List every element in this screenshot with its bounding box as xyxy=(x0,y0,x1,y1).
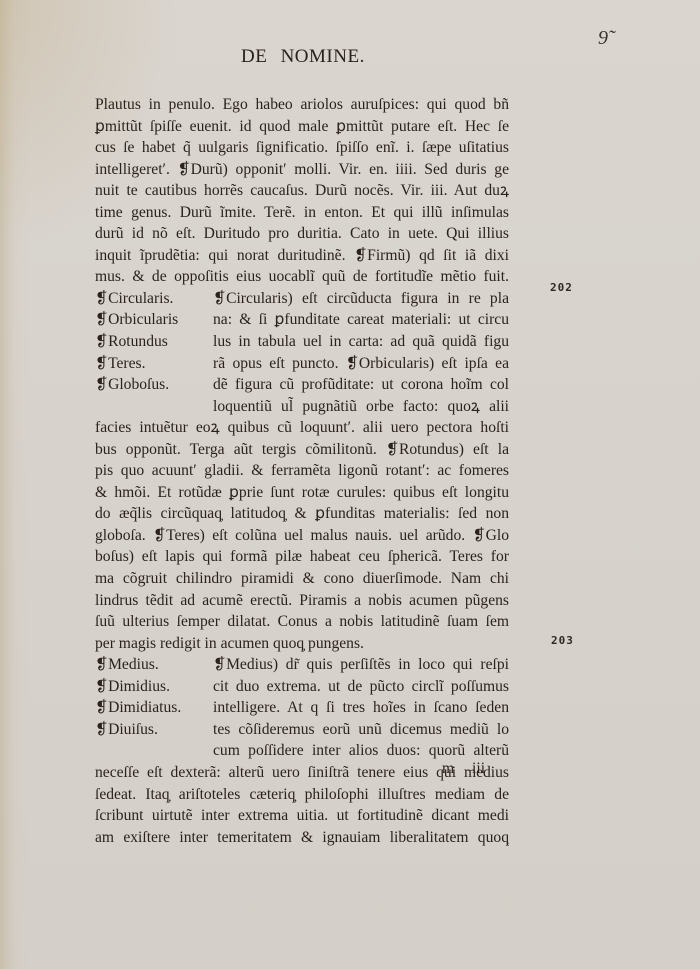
text-line: time genus. Durũ ĩmite. Terẽ. in ento… xyxy=(95,202,509,224)
gloss-line: loquentiũ ul̃ pugnãtiũ orbe facto: qu… xyxy=(95,396,509,418)
text-line: tes cõſideremus eorũ unũ dicemus medi… xyxy=(213,719,509,741)
text-line: do æq̃lis circũquaq̦ latitudoq̦ & ꝑfund… xyxy=(95,503,509,525)
running-head: DE NOMINE. xyxy=(241,46,365,68)
text-line: bus opponũt. Terga aũt tergis cõmilit… xyxy=(95,439,509,461)
text-line: mus. & de oppoſitis eius uocablĩ quũ de… xyxy=(95,266,509,288)
text-line: am exiſtere inter temeritatem & ignauiam… xyxy=(95,827,509,849)
text-line: ſcribunt uirtutẽ inter extrema uitia. u… xyxy=(95,805,509,827)
text-line: intelligeret′. ❡Durũ) opponit′ molli. V… xyxy=(95,159,509,181)
gloss-line: ❡Rotundus lus in tabula uel in carta: ad… xyxy=(95,331,509,353)
text-line: cus ſe habet q̃ uulgaris ſignificatio. ſ… xyxy=(95,137,509,159)
gloss-line: ❡Teres. rã opus eſt puncto. ❡Orbiculari… xyxy=(95,353,509,375)
headword-rotundus: ❡Rotundus xyxy=(95,331,213,353)
margin-note-203: 203 xyxy=(551,634,574,647)
text-line: na: & ſi ꝑfunditate careat materiali: ut… xyxy=(213,309,509,331)
text-line: boſus) eſt lapis qui formã pilæ habeat … xyxy=(95,546,509,568)
text-line: nuit te cautibus horrẽs caucaſus. Durũ… xyxy=(95,180,509,202)
text-line: facies intuẽtur eoꝝ quibus cũ loquunt′… xyxy=(95,417,509,439)
gloss-line: ❡Dimidius. cit duo extrema. ut de pũcto… xyxy=(95,676,509,698)
text-line: & hmõi. Et rotũdæ ꝑprie ſunt rotæ curu… xyxy=(95,482,509,504)
headword-orbicularis: ❡Orbicularis xyxy=(95,309,213,331)
gloss-line: ❡Circularis. ❡Circularis) eſt circũduct… xyxy=(95,288,509,310)
headword-globosus: ❡Globoſus. xyxy=(95,374,213,396)
text-line: loquentiũ ul̃ pugnãtiũ orbe facto: qu… xyxy=(213,396,509,418)
text-line: pis quo acuunt′ gladii. & ferramẽta lig… xyxy=(95,460,509,482)
text-line: rã opus eſt puncto. ❡Orbicularis) eſt i… xyxy=(213,353,509,375)
text-line: cum poſſidere inter alios duos: quorũ a… xyxy=(213,740,509,762)
manuscript-folio-number: 9̃ xyxy=(598,27,608,50)
book-page: DE NOMINE. 9̃ Plautus in penulo. Ego hab… xyxy=(0,0,700,969)
text-line: ❡Medius) dr̃ quis perſiſtẽs in loco qui… xyxy=(213,654,509,676)
text-line: cit duo extrema. ut de pũcto circlĩ poſ… xyxy=(213,676,509,698)
margin-note-202: 202 xyxy=(550,281,573,294)
text-line: durũ id nõ eſt. Duritudo pro duritia. … xyxy=(95,223,509,245)
text-line: intelligere. At q ſi tres hoĩes in ſcan… xyxy=(213,697,509,719)
headword-circularis: ❡Circularis. xyxy=(95,288,213,310)
text-block: Plautus in penulo. Ego habeo ariolos aur… xyxy=(95,94,509,848)
text-line: dẽ figura cũ profũditate: ut corona h… xyxy=(213,374,509,396)
headword-diuisus: ❡Diuiſus. xyxy=(95,719,213,741)
gloss-line: ❡Globoſus. dẽ figura cũ profũditate: … xyxy=(95,374,509,396)
headword-dimidius: ❡Dimidius. xyxy=(95,676,213,698)
headword-teres: ❡Teres. xyxy=(95,353,213,375)
headword-dimidiatus: ❡Dimidiatus. xyxy=(95,697,213,719)
gloss-line: ❡Orbicularis na: & ſi ꝑfunditate careat … xyxy=(95,309,509,331)
quire-signature: m iii xyxy=(442,760,485,778)
text-line: lus in tabula uel in carta: ad quã quid… xyxy=(213,331,509,353)
text-line: Plautus in penulo. Ego habeo ariolos aur… xyxy=(95,94,509,116)
gloss-line: ❡Dimidiatus. intelligere. At q ſi tres h… xyxy=(95,697,509,719)
text-line: ❡Circularis) eſt circũducta figura in r… xyxy=(213,288,509,310)
headword-empty xyxy=(95,396,213,418)
text-line: ſuũ ulterius ſemper dilatat. Conus a no… xyxy=(95,611,509,633)
text-line: ꝑmittũt ſpiſſe euenit. id quod male ꝑmi… xyxy=(95,116,509,138)
gloss-line: ❡Diuiſus. tes cõſideremus eorũ unũ di… xyxy=(95,719,509,741)
text-line: ſedeat. Itaq̦ ariſtoteles cæteriq̦ philo… xyxy=(95,784,509,806)
text-line: per magis redigit in acumen quoq̦ pungen… xyxy=(95,633,509,655)
headword-medius: ❡Medius. xyxy=(95,654,213,676)
text-line: globoſa. ❡Teres) eſt colũna uel malus n… xyxy=(95,525,509,547)
gloss-line: ❡Medius. ❡Medius) dr̃ quis perſiſtẽs in… xyxy=(95,654,509,676)
text-line: inquit ĩprudẽtia: qui norat duritudine… xyxy=(95,245,509,267)
headword-empty xyxy=(95,740,213,762)
text-line: lindrus tẽdit ad acumẽ erectũ. Pirami… xyxy=(95,590,509,612)
text-line: ma cõgruit chilindro piramidi & cono di… xyxy=(95,568,509,590)
gloss-line: cum poſſidere inter alios duos: quorũ a… xyxy=(95,740,509,762)
